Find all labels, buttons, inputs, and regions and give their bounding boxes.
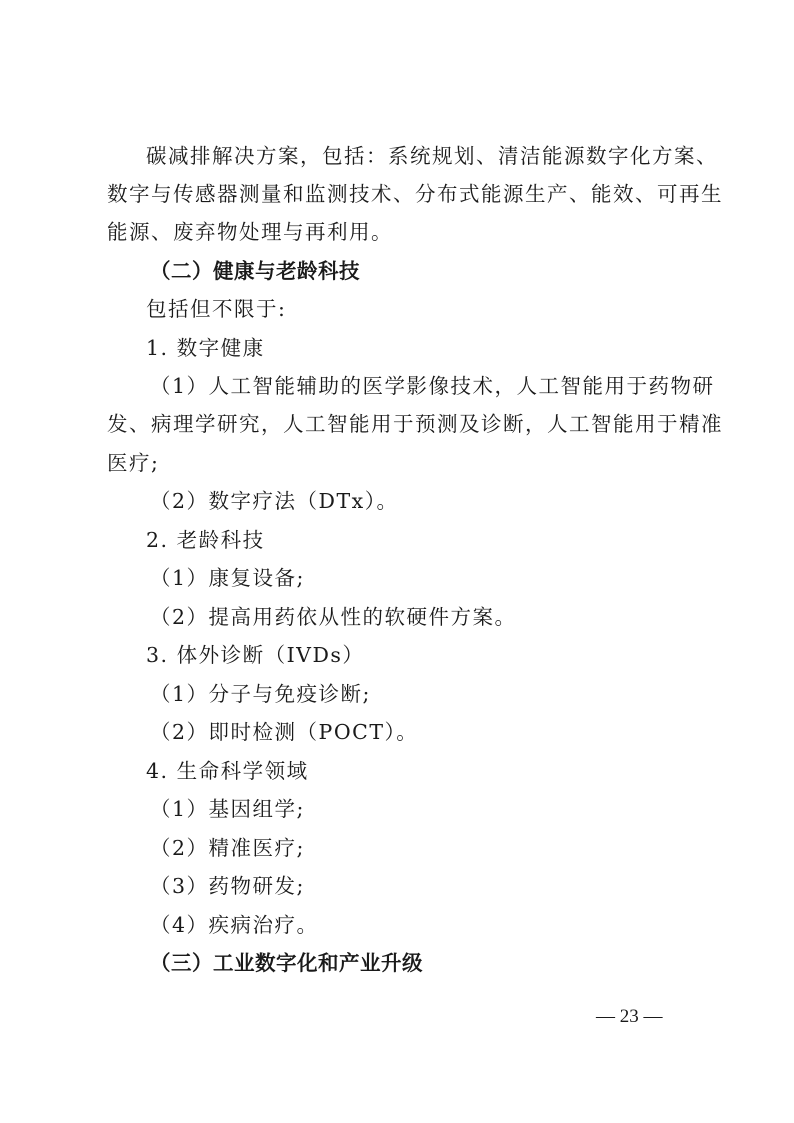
subitem-genomics: （1）基因组学;: [150, 797, 305, 821]
item-title-digital-health: 1. 数字健康: [146, 336, 265, 360]
subitem-ai-line-2: 发、病理学研究，人工智能用于预测及诊断，人工智能用于精准: [107, 412, 687, 436]
section-intro: 包括但不限于:: [146, 297, 286, 321]
subitem-medication-adherence: （2）提高用药依从性的软硬件方案。: [150, 605, 517, 629]
subitem-molecular-diagnosis: （1）分子与免疫诊断;: [150, 682, 371, 706]
item-title-aging-tech: 2. 老龄科技: [146, 528, 265, 552]
subitem-dtx: （2）数字疗法（DTx）。: [150, 489, 398, 513]
subitem-disease-treatment: （4）疾病治疗。: [150, 913, 319, 937]
subitem-ai-line-1: （1）人工智能辅助的医学影像技术，人工智能用于药物研: [150, 374, 687, 398]
section-heading-industrial-digitalization: （三）工业数字化和产业升级: [150, 951, 423, 975]
page-number: — 23 —: [596, 1005, 663, 1029]
document-page: 碳减排解决方案，包括：系统规划、清洁能源数字化方案、 数字与传感器测量和监测技术…: [0, 0, 794, 1123]
paragraph-carbon-line-3: 能源、废弃物处理与再利用。: [107, 220, 393, 244]
item-title-ivds: 3. 体外诊断（IVDs）: [146, 643, 364, 667]
paragraph-carbon-line-1: 碳减排解决方案，包括：系统规划、清洁能源数字化方案、: [146, 144, 718, 168]
subitem-ai-line-3: 医疗;: [107, 451, 159, 475]
paragraph-carbon-line-2: 数字与传感器测量和监测技术、分布式能源生产、能效、可再生: [107, 182, 687, 206]
section-heading-health: （二）健康与老龄科技: [150, 259, 360, 283]
subitem-precision-medicine: （2）精准医疗;: [150, 836, 305, 860]
subitem-poct: （2）即时检测（POCT）。: [150, 720, 418, 744]
subitem-drug-development: （3）药物研发;: [150, 874, 305, 898]
item-title-life-science: 4. 生命科学领域: [146, 759, 309, 783]
subitem-rehab-equipment: （1）康复设备;: [150, 566, 305, 590]
